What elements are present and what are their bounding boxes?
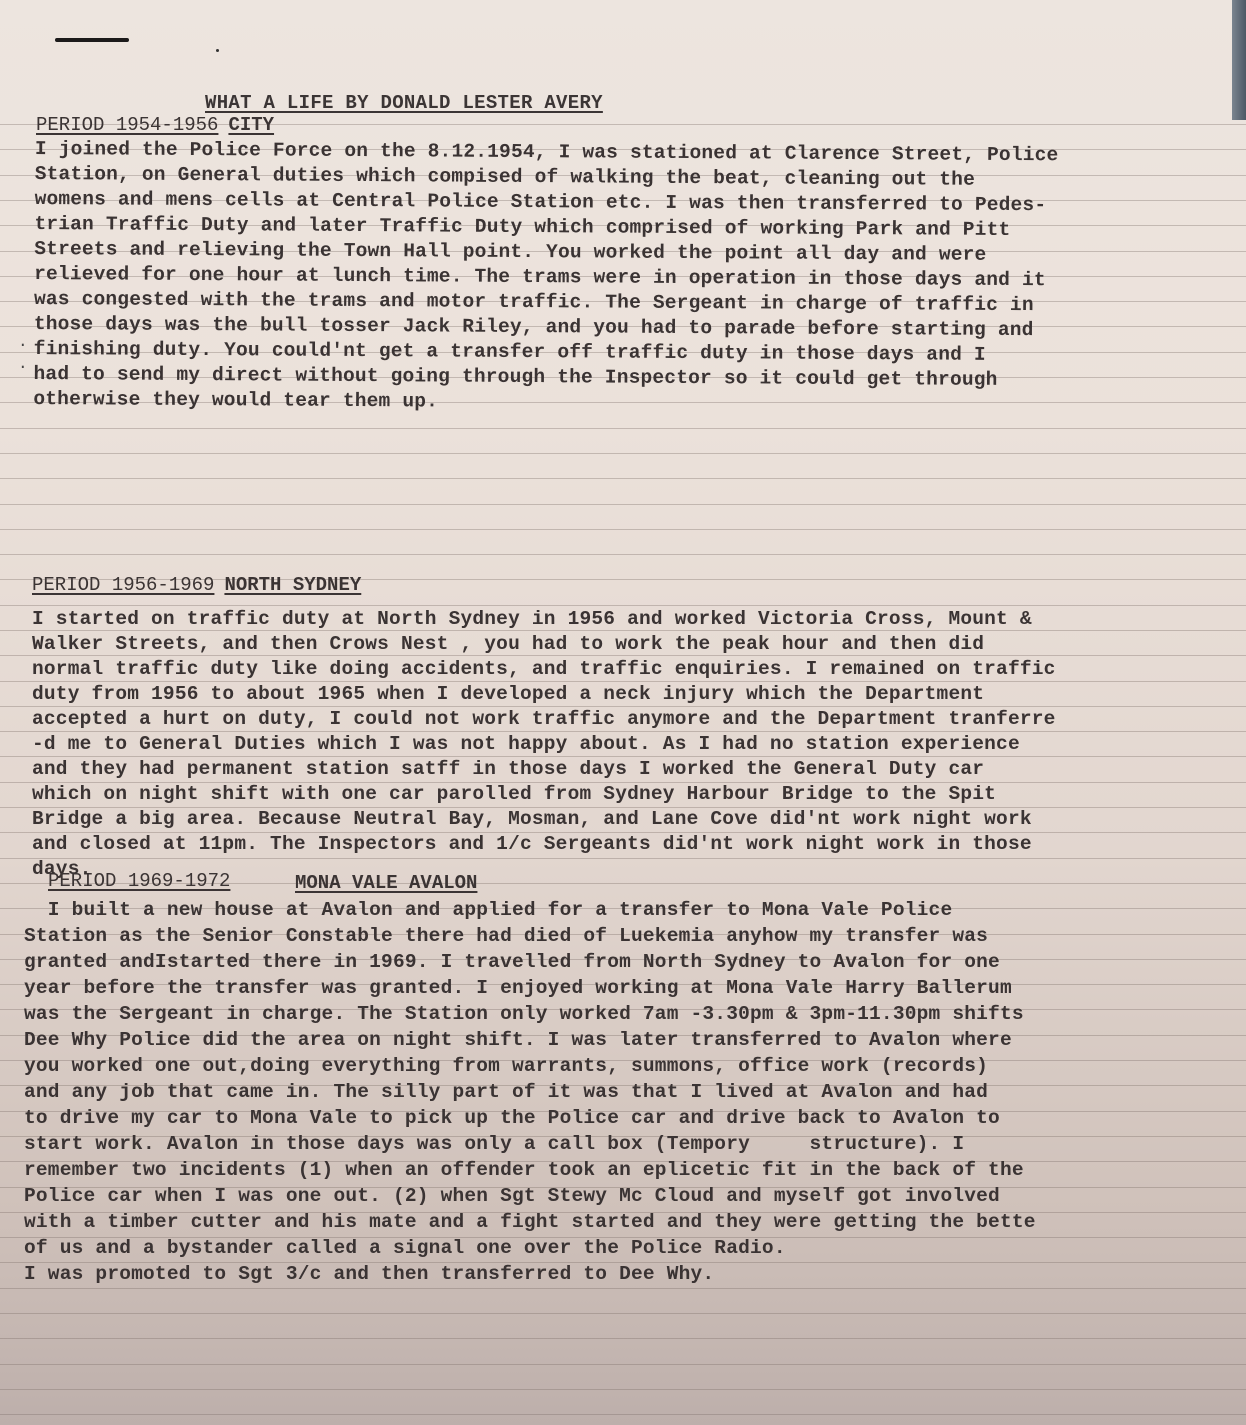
text-line: was the Sergeant in charge. The Station … xyxy=(24,1001,1036,1027)
adjacent-page-edge xyxy=(1232,0,1246,120)
period-label: PERIOD 1969-1972 xyxy=(48,870,230,892)
section-body-north-sydney: I started on traffic duty at North Sydne… xyxy=(32,607,1056,882)
text-line: I was promoted to Sgt 3/c and then trans… xyxy=(24,1261,1036,1287)
text-line: and closed at 11pm. The Inspectors and 1… xyxy=(32,832,1056,857)
text-line: remember two incidents (1) when an offen… xyxy=(24,1157,1036,1183)
text-line: I started on traffic duty at North Sydne… xyxy=(32,607,1056,632)
text-line: you worked one out,doing everything from… xyxy=(24,1053,1036,1079)
text-line: Police car when I was one out. (2) when … xyxy=(24,1183,1036,1209)
text-line: normal traffic duty like doing accidents… xyxy=(32,657,1056,682)
ruled-line xyxy=(0,1313,1246,1314)
section-heading-city: PERIOD 1954-1956CITY xyxy=(36,114,274,136)
pen-mark xyxy=(55,38,129,42)
ruled-line xyxy=(0,605,1246,606)
typed-page: WHAT A LIFE BY DONALD LESTER AVERY PERIO… xyxy=(0,0,1246,1425)
ruled-line xyxy=(0,1338,1246,1339)
text-line: -d me to General Duties which I was not … xyxy=(32,732,1056,757)
ruled-line xyxy=(0,1288,1246,1289)
text-line: of us and a bystander called a signal on… xyxy=(24,1235,1036,1261)
text-line: start work. Avalon in those days was onl… xyxy=(24,1131,1036,1157)
ruled-line xyxy=(0,1364,1246,1365)
text-line: and any job that came in. The silly part… xyxy=(24,1079,1036,1105)
text-line: and they had permanent station satff in … xyxy=(32,757,1056,782)
period-label: PERIOD 1954-1956 xyxy=(36,114,218,136)
text-line: with a timber cutter and his mate and a … xyxy=(24,1209,1036,1235)
period-label: PERIOD 1956-1969 xyxy=(32,574,214,596)
text-line: Bridge a big area. Because Neutral Bay, … xyxy=(32,807,1056,832)
text-line: I built a new house at Avalon and applie… xyxy=(24,897,1036,923)
document-title: WHAT A LIFE BY DONALD LESTER AVERY xyxy=(205,92,603,114)
ruled-line xyxy=(0,554,1246,555)
text-line: to drive my car to Mona Vale to pick up … xyxy=(24,1105,1036,1131)
period-place: MONA VALE AVALON xyxy=(295,872,477,894)
text-line: Walker Streets, and then Crows Nest , yo… xyxy=(32,632,1056,657)
text-line: duty from 1956 to about 1965 when I deve… xyxy=(32,682,1056,707)
section-body-mona-vale: I built a new house at Avalon and applie… xyxy=(24,897,1036,1287)
text-line: Station as the Senior Constable there ha… xyxy=(24,923,1036,949)
ruled-line xyxy=(0,504,1246,505)
ruled-line xyxy=(0,1389,1246,1390)
text-line: granted andIstarted there in 1969. I tra… xyxy=(24,949,1036,975)
text-line: Dee Why Police did the area on night shi… xyxy=(24,1027,1036,1053)
ruled-line xyxy=(0,478,1246,479)
ruled-line xyxy=(0,453,1246,454)
margin-marks: .· xyxy=(18,330,28,380)
period-place: NORTH SYDNEY xyxy=(224,574,361,596)
period-place: CITY xyxy=(228,114,274,136)
ink-dot xyxy=(216,49,219,52)
ruled-line xyxy=(0,529,1246,530)
ruled-line xyxy=(0,1414,1246,1415)
section-body-city: I joined the Police Force on the 8.12.19… xyxy=(33,137,1058,418)
text-line: year before the transfer was granted. I … xyxy=(24,975,1036,1001)
section-heading-mona-vale: PERIOD 1969-1972 xyxy=(48,870,230,892)
text-line: accepted a hurt on duty, I could not wor… xyxy=(32,707,1056,732)
section-heading-north-sydney: PERIOD 1956-1969NORTH SYDNEY xyxy=(32,574,361,596)
ruled-line xyxy=(0,428,1246,429)
text-line: which on night shift with one car paroll… xyxy=(32,782,1056,807)
